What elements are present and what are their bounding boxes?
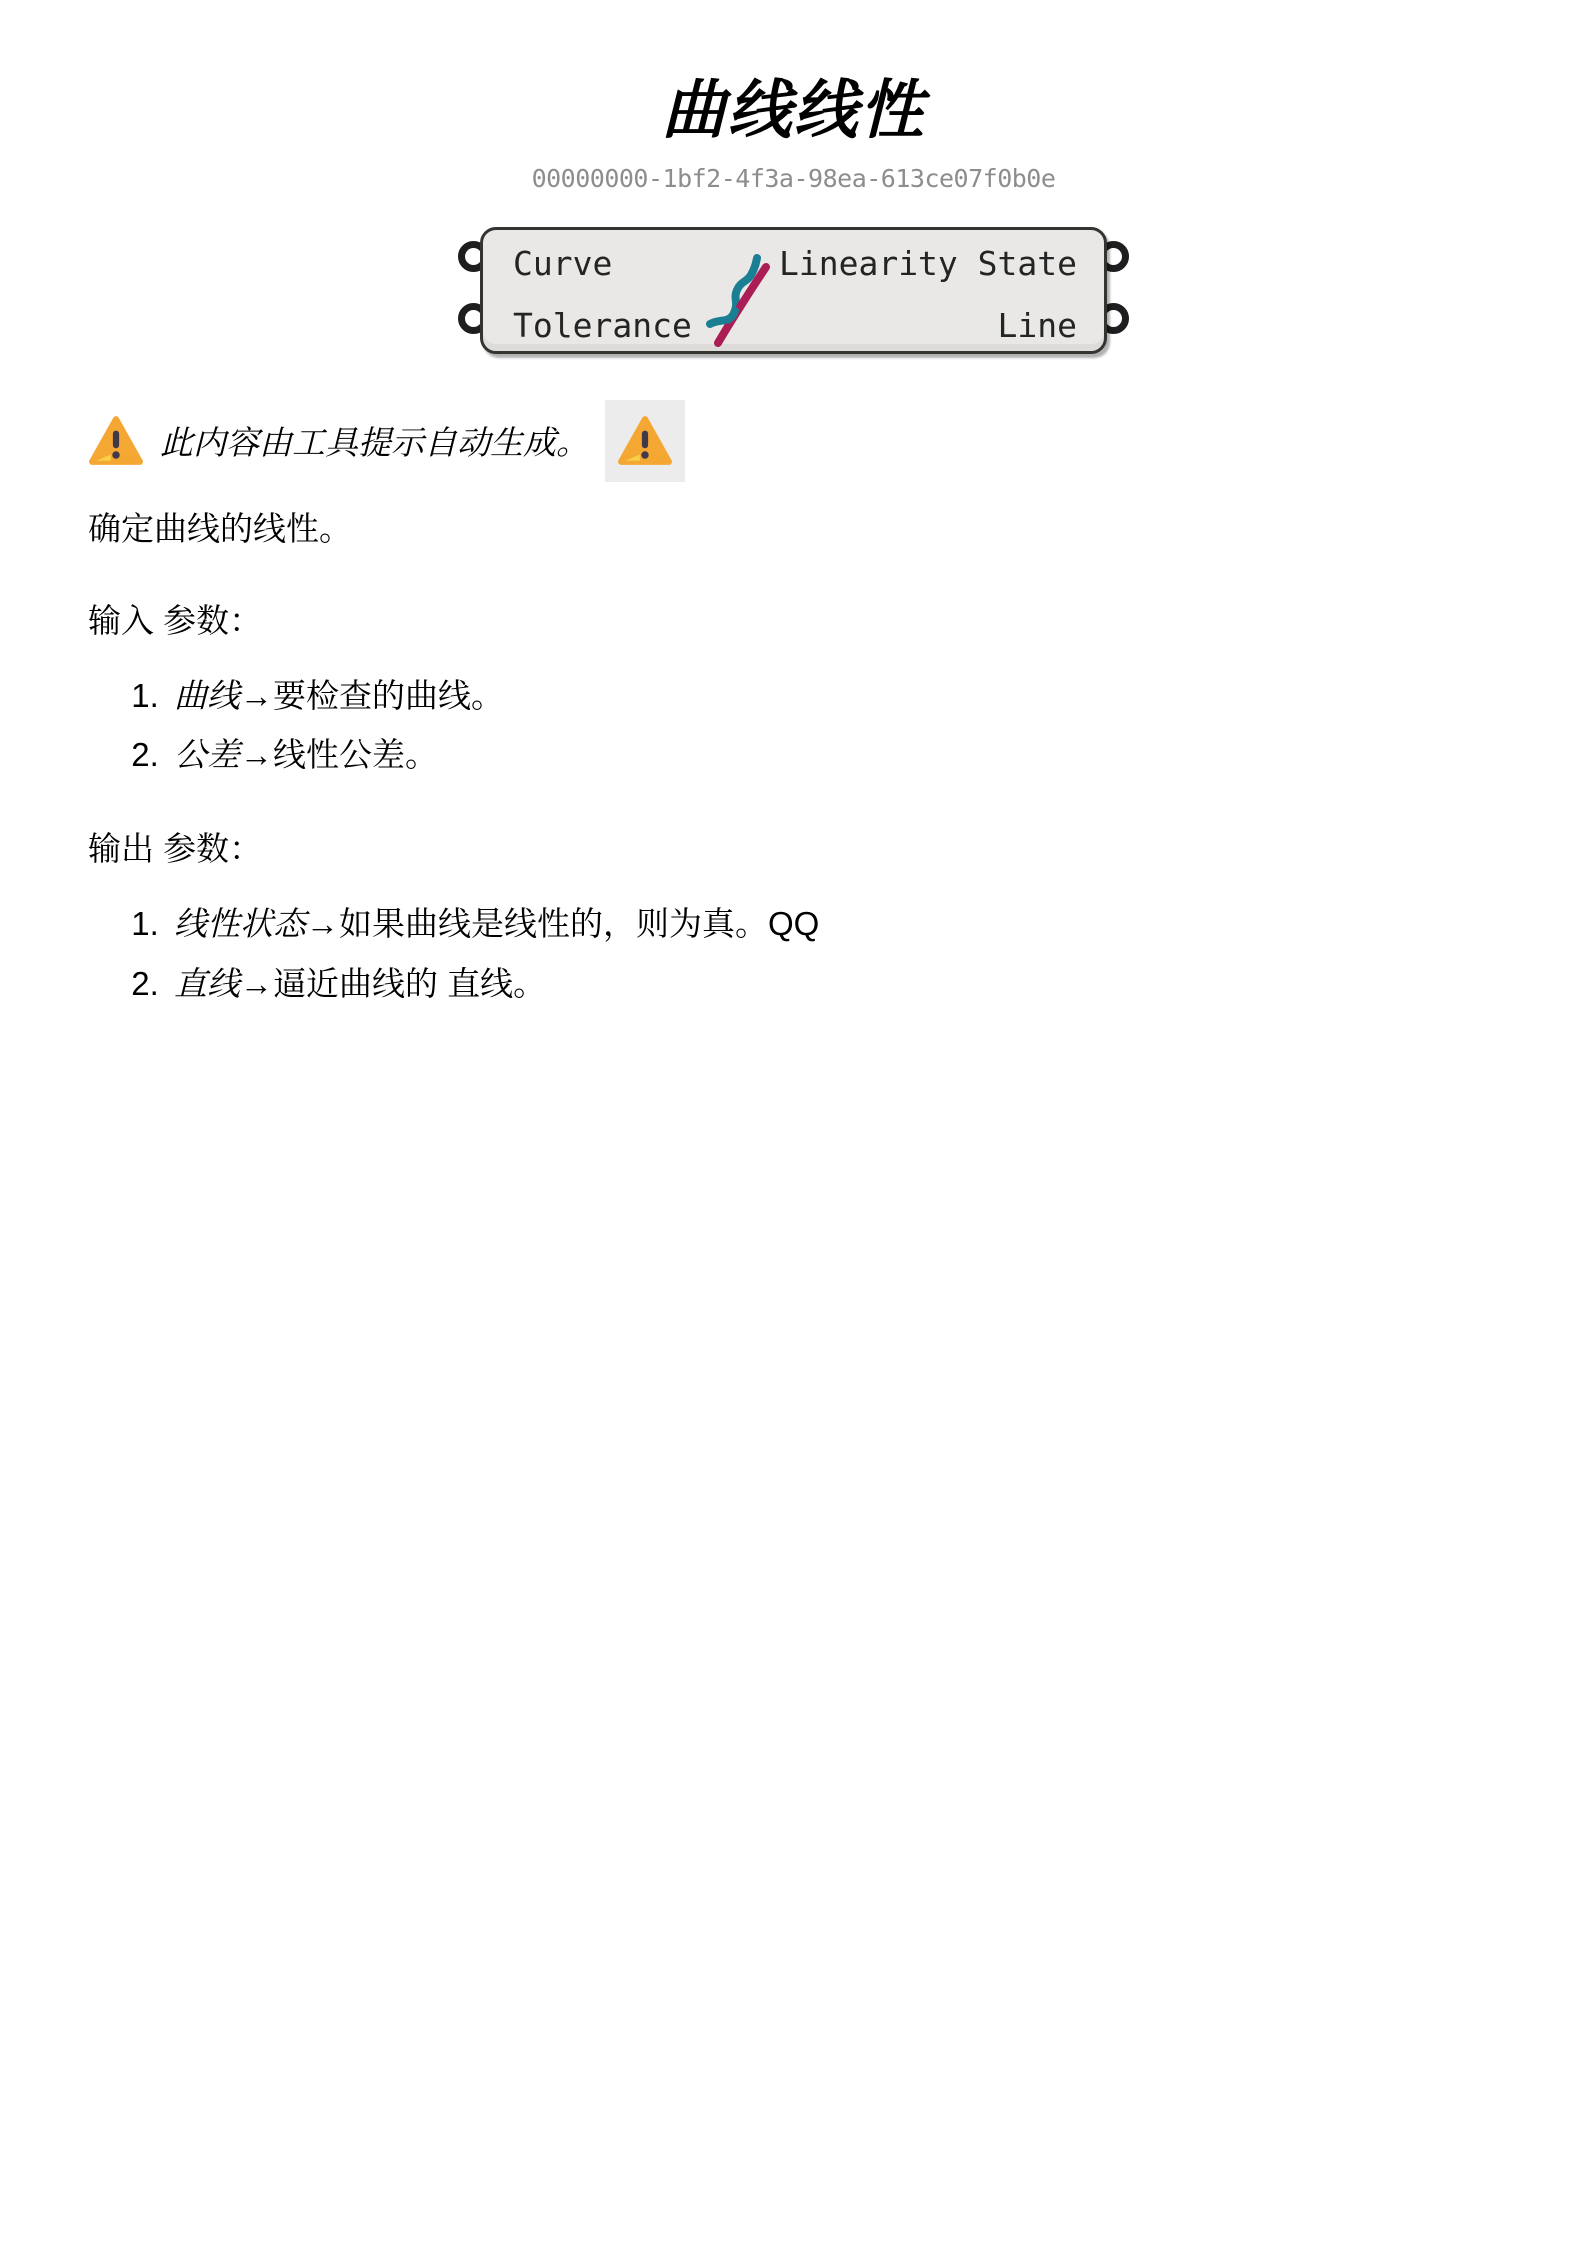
component-body: Curve Tolerance Linearity State Line: [480, 227, 1107, 354]
notice-text: 此内容由工具提示自动生成。: [160, 417, 589, 464]
warning-icon-boxed: [605, 400, 685, 482]
component-uuid: 00000000-1bf2-4f3a-98ea-613ce07f0b0e: [0, 164, 1587, 193]
arrow-glyph: →: [240, 965, 273, 1002]
list-item: 公差→线性公差。: [168, 729, 1587, 780]
param-term: 线性状态: [174, 905, 306, 942]
list-item: 线性状态→如果曲线是线性的，则为真。QQ: [168, 898, 1587, 949]
param-desc: 线性公差。: [273, 736, 438, 773]
inputs-list: 曲线→要检查的曲线。 公差→线性公差。: [0, 670, 1587, 780]
warning-icon: [88, 415, 144, 467]
curve-linearity-icon: [705, 250, 775, 350]
param-term: 公差: [174, 736, 240, 773]
auto-generated-notice: 此内容由工具提示自动生成。: [88, 400, 1587, 482]
input-label-tolerance: Tolerance: [513, 309, 692, 342]
list-item: 直线→逼近曲线的 直线。: [168, 958, 1587, 1009]
warning-icon: [617, 415, 673, 467]
arrow-glyph: →: [240, 677, 273, 714]
output-label-linearity-state: Linearity State: [779, 247, 1077, 280]
input-label-curve: Curve: [513, 247, 612, 280]
list-item: 曲线→要检查的曲线。: [168, 670, 1587, 721]
arrow-glyph: →: [240, 736, 273, 773]
param-term: 直线: [174, 965, 240, 1002]
outputs-heading: 输出 参数：: [88, 826, 1587, 872]
param-desc: 要检查的曲线。: [273, 677, 504, 714]
component-description: 确定曲线的线性。: [88, 506, 1587, 552]
param-term: 曲线: [174, 677, 240, 714]
inputs-heading: 输入 参数：: [88, 598, 1587, 644]
component-node: Curve Tolerance Linearity State Line: [480, 227, 1107, 354]
outputs-list: 线性状态→如果曲线是线性的，则为真。QQ 直线→逼近曲线的 直线。: [0, 898, 1587, 1008]
document-page: 曲线线性 00000000-1bf2-4f3a-98ea-613ce07f0b0…: [0, 0, 1587, 2244]
arrow-glyph: →: [306, 905, 339, 942]
param-desc: 逼近曲线的 直线。: [273, 965, 546, 1002]
output-label-line: Line: [998, 309, 1077, 342]
page-title: 曲线线性: [0, 0, 1587, 148]
param-desc: 如果曲线是线性的，则为真。QQ: [339, 905, 819, 942]
